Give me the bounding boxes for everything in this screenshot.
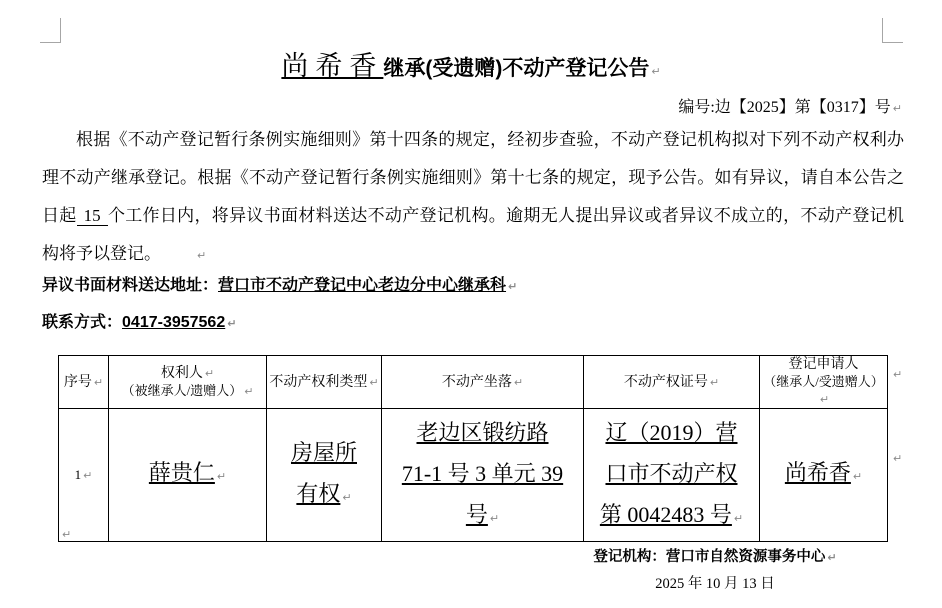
cert-line2: 口市不动产权 [605,461,737,486]
location-line3: 号 [466,502,488,527]
announcement-body: 根据《不动产登记暂行条例实施细则》第十四条的规定，经初步查验，不动产登记机构拟对… [42,121,904,275]
paragraph-mark: ↵ [710,374,719,391]
paragraph-mark: ↵ [217,457,226,497]
cell-cert-no: 辽（2019）营 口市不动产权 第 0042483 号↵ [584,409,760,542]
paragraph-mark: ↵ [94,374,103,391]
header-right-type: 不动产权利类型↵ [267,356,382,409]
paragraph-mark: ↵ [893,102,902,115]
header-cert-no-label: 不动产权证号 [624,375,708,390]
registration-authority-value: 登记机构：营口市自然资源事务中心 [593,549,825,565]
cell-location: 老边区锻纺路 71-1 号 3 单元 39 号↵ [382,409,584,542]
paragraph-mark: ↵ [853,457,862,497]
registration-authority-line: 登记机构：营口市自然资源事务中心↵ [540,544,890,571]
objection-address-line: 异议书面材料送达地址：营口市不动产登记中心老边分中心继承科↵ [42,272,517,295]
paragraph-mark: ↵ [508,280,517,293]
paragraph-mark: ↵ [651,65,660,78]
right-type-line2: 有权 [296,481,340,506]
paragraph-mark: ↵ [734,498,743,539]
header-applicant-line1: 登记申请人 [789,357,859,372]
header-location: 不动产坐落↵ [382,356,584,409]
cell-applicant: 尚希香↵ [760,409,888,542]
objection-days-value: 15 [77,206,108,226]
paragraph-mark: ↵ [490,498,499,539]
header-seq-label: 序号 [64,375,92,390]
row-end-mark: ↵ [893,452,902,465]
cell-seq: 1↵ [59,409,109,542]
paragraph-mark: ↵ [827,545,836,571]
paragraph-mark: ↵ [820,391,829,408]
paragraph-mark: ↵ [514,374,523,391]
header-applicant: 登记申请人 （继承人/受遗赠人）↵ [760,356,888,409]
cert-line1: 辽（2019）营 [605,420,737,445]
header-applicant-line2: （继承人/受遗赠人） [763,374,884,389]
contact-label: 联系方式： [42,314,122,331]
header-location-label: 不动产坐落 [442,375,512,390]
header-owner-line2: （被继承人/遗赠人） [122,383,243,398]
header-owner-line1: 权利人 [161,366,203,381]
page-margin-mark-top-right [882,18,903,43]
paragraph-mark: ↵ [227,317,236,330]
row-end-mark: ↵ [893,368,902,381]
page-margin-mark-top-left [40,18,61,43]
paragraph-mark: ↵ [205,365,214,382]
contact-phone-value: 0417-3957562 [122,314,225,331]
paragraph-mark: ↵ [83,469,92,482]
header-right-type-label: 不动产权利类型 [269,375,367,390]
page-title: 尚希香继承(受遗赠)不动产登记公告↵ [0,44,942,83]
objection-address-value: 营口市不动产登记中心老边分中心继承科 [218,277,506,294]
document-number-text: 编号:边【2025】第【0317】号 [678,99,890,116]
cell-right-type: 房屋所 有权↵ [267,409,382,542]
paragraph-mark: ↵ [244,383,253,400]
paragraph-mark: ↵ [369,374,378,391]
seq-value: 1 [75,467,82,482]
header-seq: 序号↵ [59,356,109,409]
contact-line: 联系方式：0417-3957562↵ [42,309,236,332]
title-text: 继承(受遗赠)不动产登记公告 [383,57,649,80]
table-row: 1↵ 薛贵仁↵ 房屋所 有权↵ 老边区锻纺路 71-1 号 3 单元 39 号↵… [59,409,888,542]
announcement-date: 2025 年 10 月 13 日 [540,571,890,597]
paragraph-mark: ↵ [342,477,351,518]
header-owner: 权利人↵ （被继承人/遗赠人）↵ [109,356,267,409]
paragraph-mark: ↵ [62,528,71,541]
cert-line3: 第 0042483 号 [600,502,732,527]
owner-value: 薛贵仁 [149,460,215,485]
footer: 登记机构：营口市自然资源事务中心↵ 2025 年 10 月 13 日 [540,544,890,597]
document-number: 编号:边【2025】第【0317】号↵ [678,94,902,117]
location-line1: 老边区锻纺路 [416,420,548,445]
table-header-row: 序号↵ 权利人↵ （被继承人/遗赠人）↵ 不动产权利类型↵ 不动产坐落↵ 不动产… [59,356,888,409]
right-type-line1: 房屋所 [291,440,357,465]
registration-table: 序号↵ 权利人↵ （被继承人/遗赠人）↵ 不动产权利类型↵ 不动产坐落↵ 不动产… [58,355,888,542]
title-applicant-name: 尚希香 [281,51,383,81]
location-line2: 71-1 号 3 单元 39 [402,461,563,486]
applicant-value: 尚希香 [785,460,851,485]
cell-owner: 薛贵仁↵ [109,409,267,542]
header-cert-no: 不动产权证号↵ [584,356,760,409]
paragraph-mark: ↵ [163,237,206,275]
objection-address-label: 异议书面材料送达地址： [42,277,218,294]
